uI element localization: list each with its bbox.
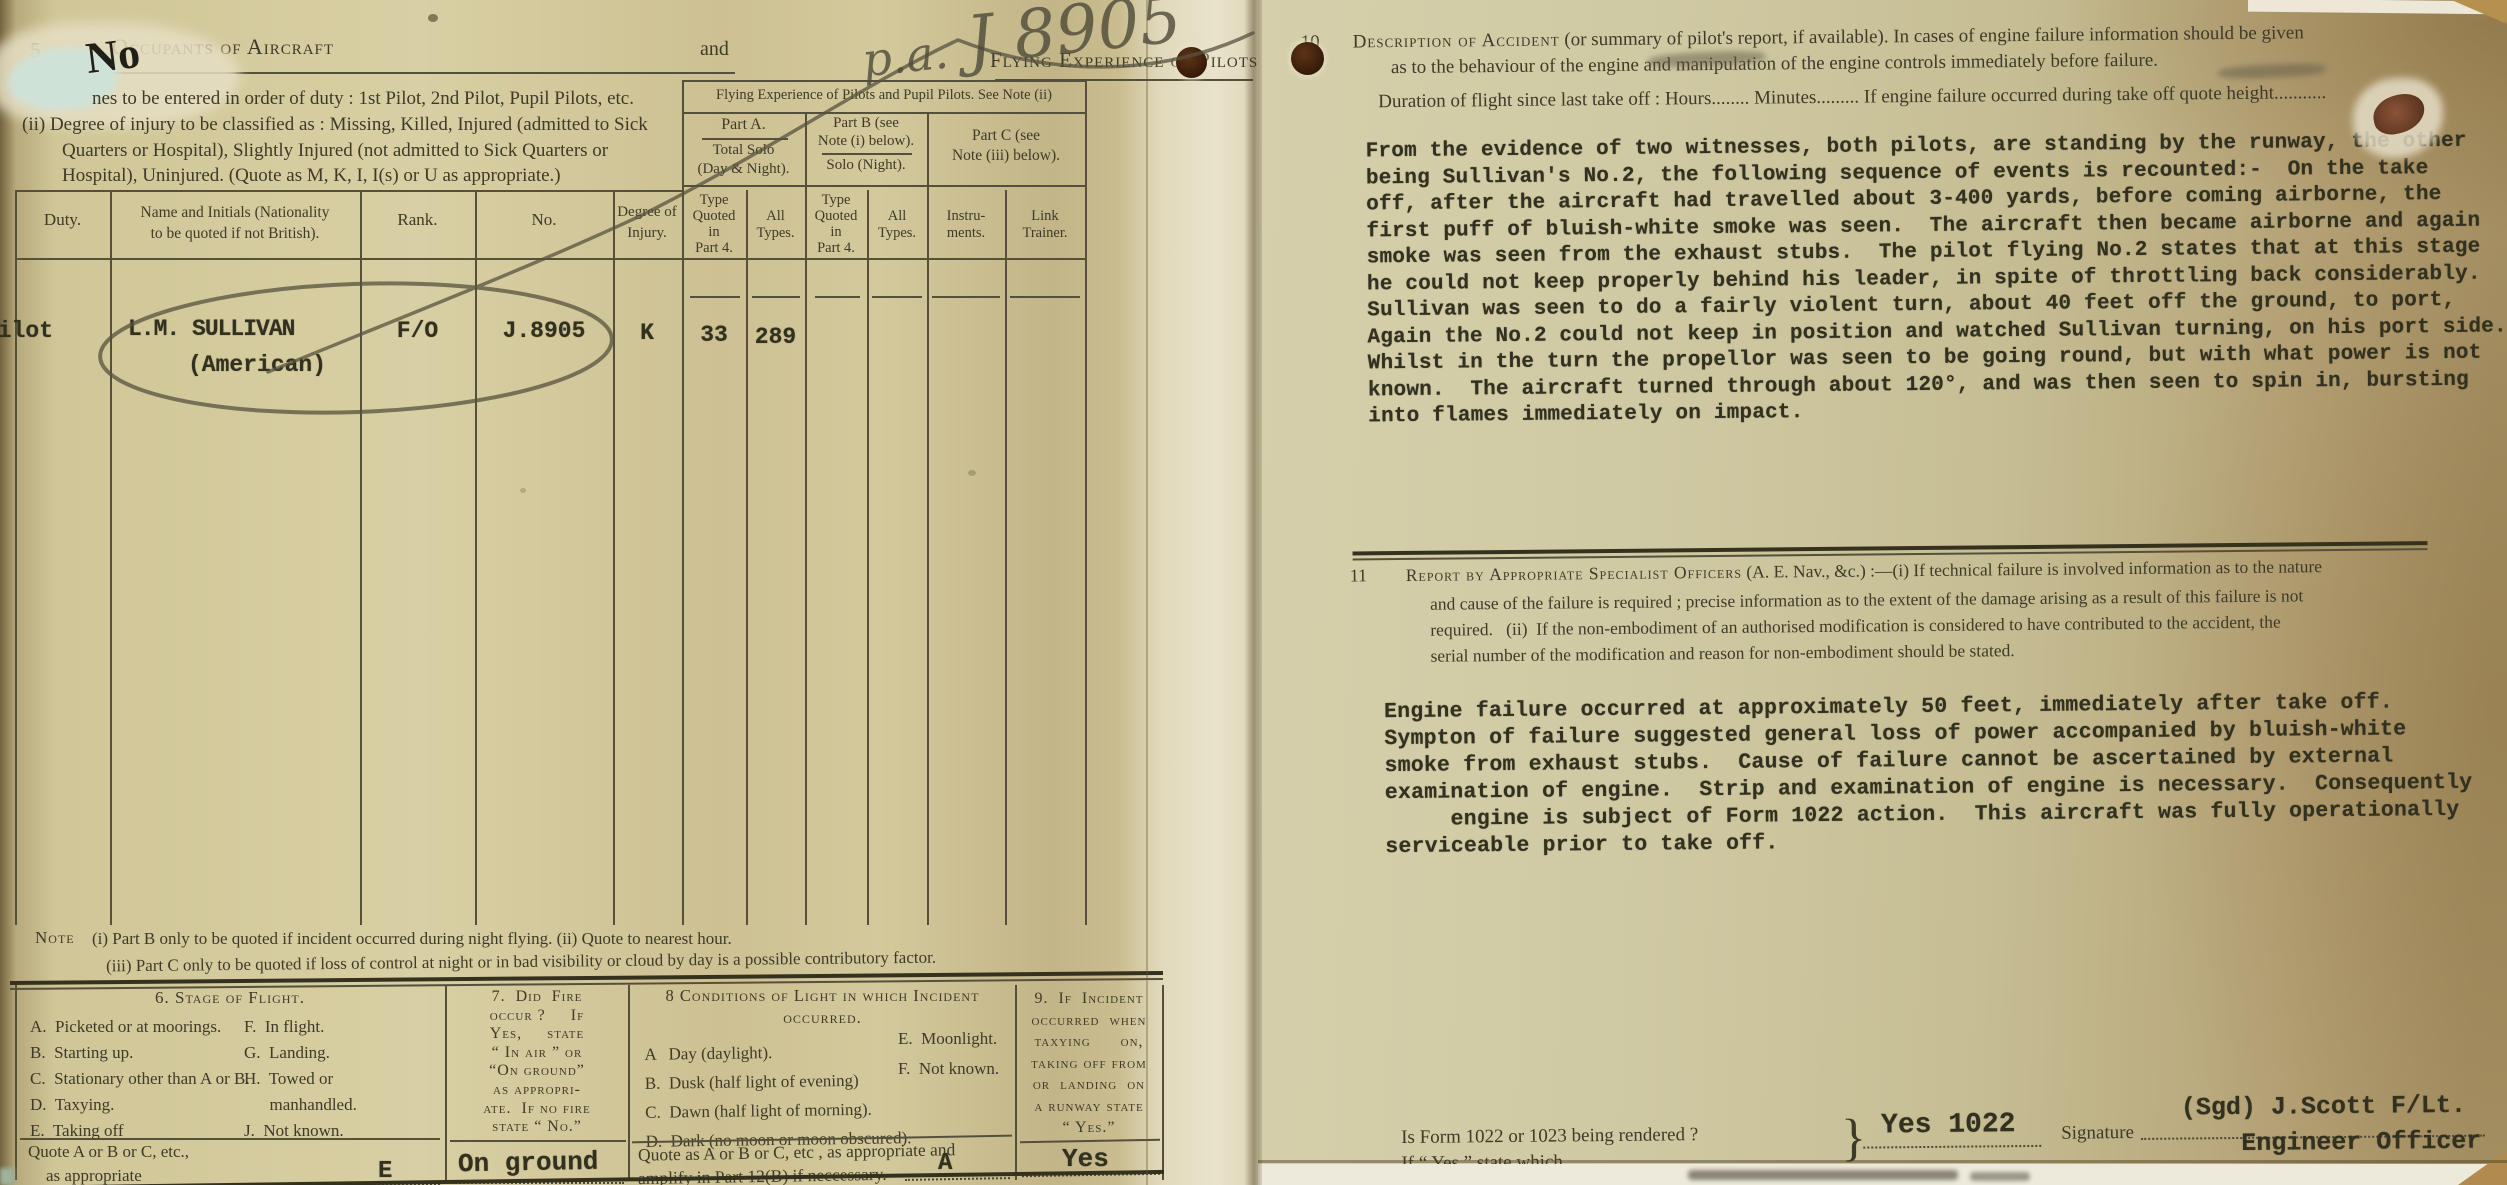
pilot-service-number: J.8905 [477, 318, 611, 344]
accident-description-text: From the evidence of two witnesses, both… [1366, 128, 2507, 430]
col-injury-header: Degree of Injury. [613, 202, 681, 244]
section8-quote-line1: Quote as A or B or C, etc , as appropria… [638, 1139, 956, 1166]
col-instruments: Instru- ments. [929, 208, 1003, 242]
signature-label: Signature [2061, 1122, 2134, 1145]
col-name-header: Name and Initials (Nationality to be quo… [112, 202, 358, 244]
section11-heading: Report by Appropriate Specialist Officer… [1406, 556, 2322, 586]
instruction-line-2: (ii) Degree of injury to be classified a… [22, 114, 648, 136]
signature-value: (Sgd) J.Scott F/Lt. [2181, 1091, 2466, 1123]
handwritten-no: No [83, 27, 143, 84]
col-type-quoted-a: Type Quoted in Part 4. [684, 192, 744, 256]
instruction-line-3: Quarters or Hospital), Slightly Injured … [62, 140, 608, 162]
footer-brace: } [1841, 1109, 1867, 1168]
section11-heading-lines: and cause of the failure is required ; p… [1430, 582, 2304, 668]
pilot-rank: F/O [362, 318, 473, 344]
section6-quote-line2: as appropriate [46, 1166, 142, 1185]
section8-items-right: E. Moonlight. F. Not known. [898, 1024, 999, 1084]
page-gutter [1244, 0, 1262, 1185]
col-link-trainer: Link Trainer. [1007, 208, 1083, 242]
section10-heading: Description of Accident (or summary of p… [1353, 22, 2304, 53]
part-c-label: Part C (see Note (iii) below). [927, 126, 1085, 166]
pilot-solo-type-hours: 33 [682, 322, 746, 348]
note-line-2: (iii) Part C only to be quoted if loss o… [106, 948, 936, 977]
instruction-line-4: Hospital), Uninjured. (Quote as M, K, I,… [62, 165, 561, 187]
section7-answer: On ground [458, 1147, 599, 1179]
col-duty-header: Duty. [15, 210, 110, 230]
section8-title-line1: 8 Conditions of Light in which Incident [630, 986, 1015, 1006]
section6-items-right: F. In flight. G. Landing. H. Towed or ma… [244, 1014, 357, 1144]
part-b-sublabel: Solo (Night). [805, 157, 927, 174]
note-line-1: (i) Part B only to be quoted if incident… [92, 929, 732, 949]
pilot-name: L.M. SULLIVAN [128, 316, 294, 342]
col-rank-header: Rank. [362, 210, 473, 230]
form-rendered-answer: Yes 1022 [1881, 1109, 2016, 1141]
form-question-line1: Is Form 1022 or 1023 being rendered ? [1401, 1124, 1698, 1149]
note-label: Note [35, 928, 75, 948]
section11-number: 11 [1350, 565, 1368, 586]
col-all-types-b: All Types. [869, 208, 925, 242]
section10-heading-line2: as to the behaviour of the engine and ma… [1391, 50, 2158, 79]
section11-heading-rest: (A. E. Nav., &c.) :—(i) If technical fai… [1742, 556, 2322, 582]
section6-title: 6. Stage of Flight. [15, 988, 445, 1008]
scanned-accident-report: 5 Occupants of Aircraft and Flying Exper… [0, 0, 2507, 1185]
right-page: 10 Description of Accident (or summary o… [1258, 0, 2507, 1185]
section11-heading-sc: Report by Appropriate Specialist Officer… [1406, 562, 1742, 585]
section10-heading-sc: Description of Accident [1353, 29, 1560, 52]
instruction-line-1: nes to be entered in order of duty : 1st… [92, 88, 634, 110]
pilot-solo-all-hours: 289 [746, 324, 805, 350]
part-a-label: Part A. [682, 116, 805, 134]
pilot-injury: K [613, 320, 681, 346]
signature-title: Engineer Officer [2241, 1127, 2481, 1158]
part-b-label: Part B (see Note (i) below). [805, 114, 927, 150]
duration-line: Duration of flight since last take off :… [1378, 82, 2326, 113]
experience-table-title: Flying Experience of Pilots and Pupil Pi… [684, 87, 1084, 104]
col-no-header: No. [477, 210, 611, 230]
section6-items-left: A. Picketed or at moorings. B. Starting … [30, 1014, 250, 1144]
punch-hole-right [1291, 42, 1324, 75]
punch-hole-left [1176, 47, 1207, 78]
left-page: 5 Occupants of Aircraft and Flying Exper… [0, 0, 1258, 1185]
section9-title: 9. If Incident occurred when taxying on,… [1018, 988, 1160, 1139]
part-a-sublabel: Total Solo (Day & Night). [682, 141, 805, 179]
pencil-smudge [2218, 62, 2326, 80]
col-all-types-a: All Types. [748, 208, 803, 242]
section6-quote-line1: Quote A or B or C, etc., [28, 1142, 189, 1162]
header-conjunction: and [700, 38, 729, 61]
flying-experience-title: Flying Experience of Pilots. [990, 48, 1265, 73]
section9-answer: Yes [1062, 1144, 1109, 1174]
pilot-nationality: (American) [188, 352, 326, 378]
section7-title: 7. Did Fire occur ? If Yes, state “ In a… [448, 988, 626, 1137]
specialist-report-text: Engine failure occurred at approximately… [1384, 689, 2473, 861]
section10-heading-rest: (or summary of pilot's report, if availa… [1560, 22, 2304, 50]
col-type-quoted-b: Type Quoted in Part 4. [807, 192, 865, 256]
pilot-duty: Pilot [0, 318, 53, 344]
